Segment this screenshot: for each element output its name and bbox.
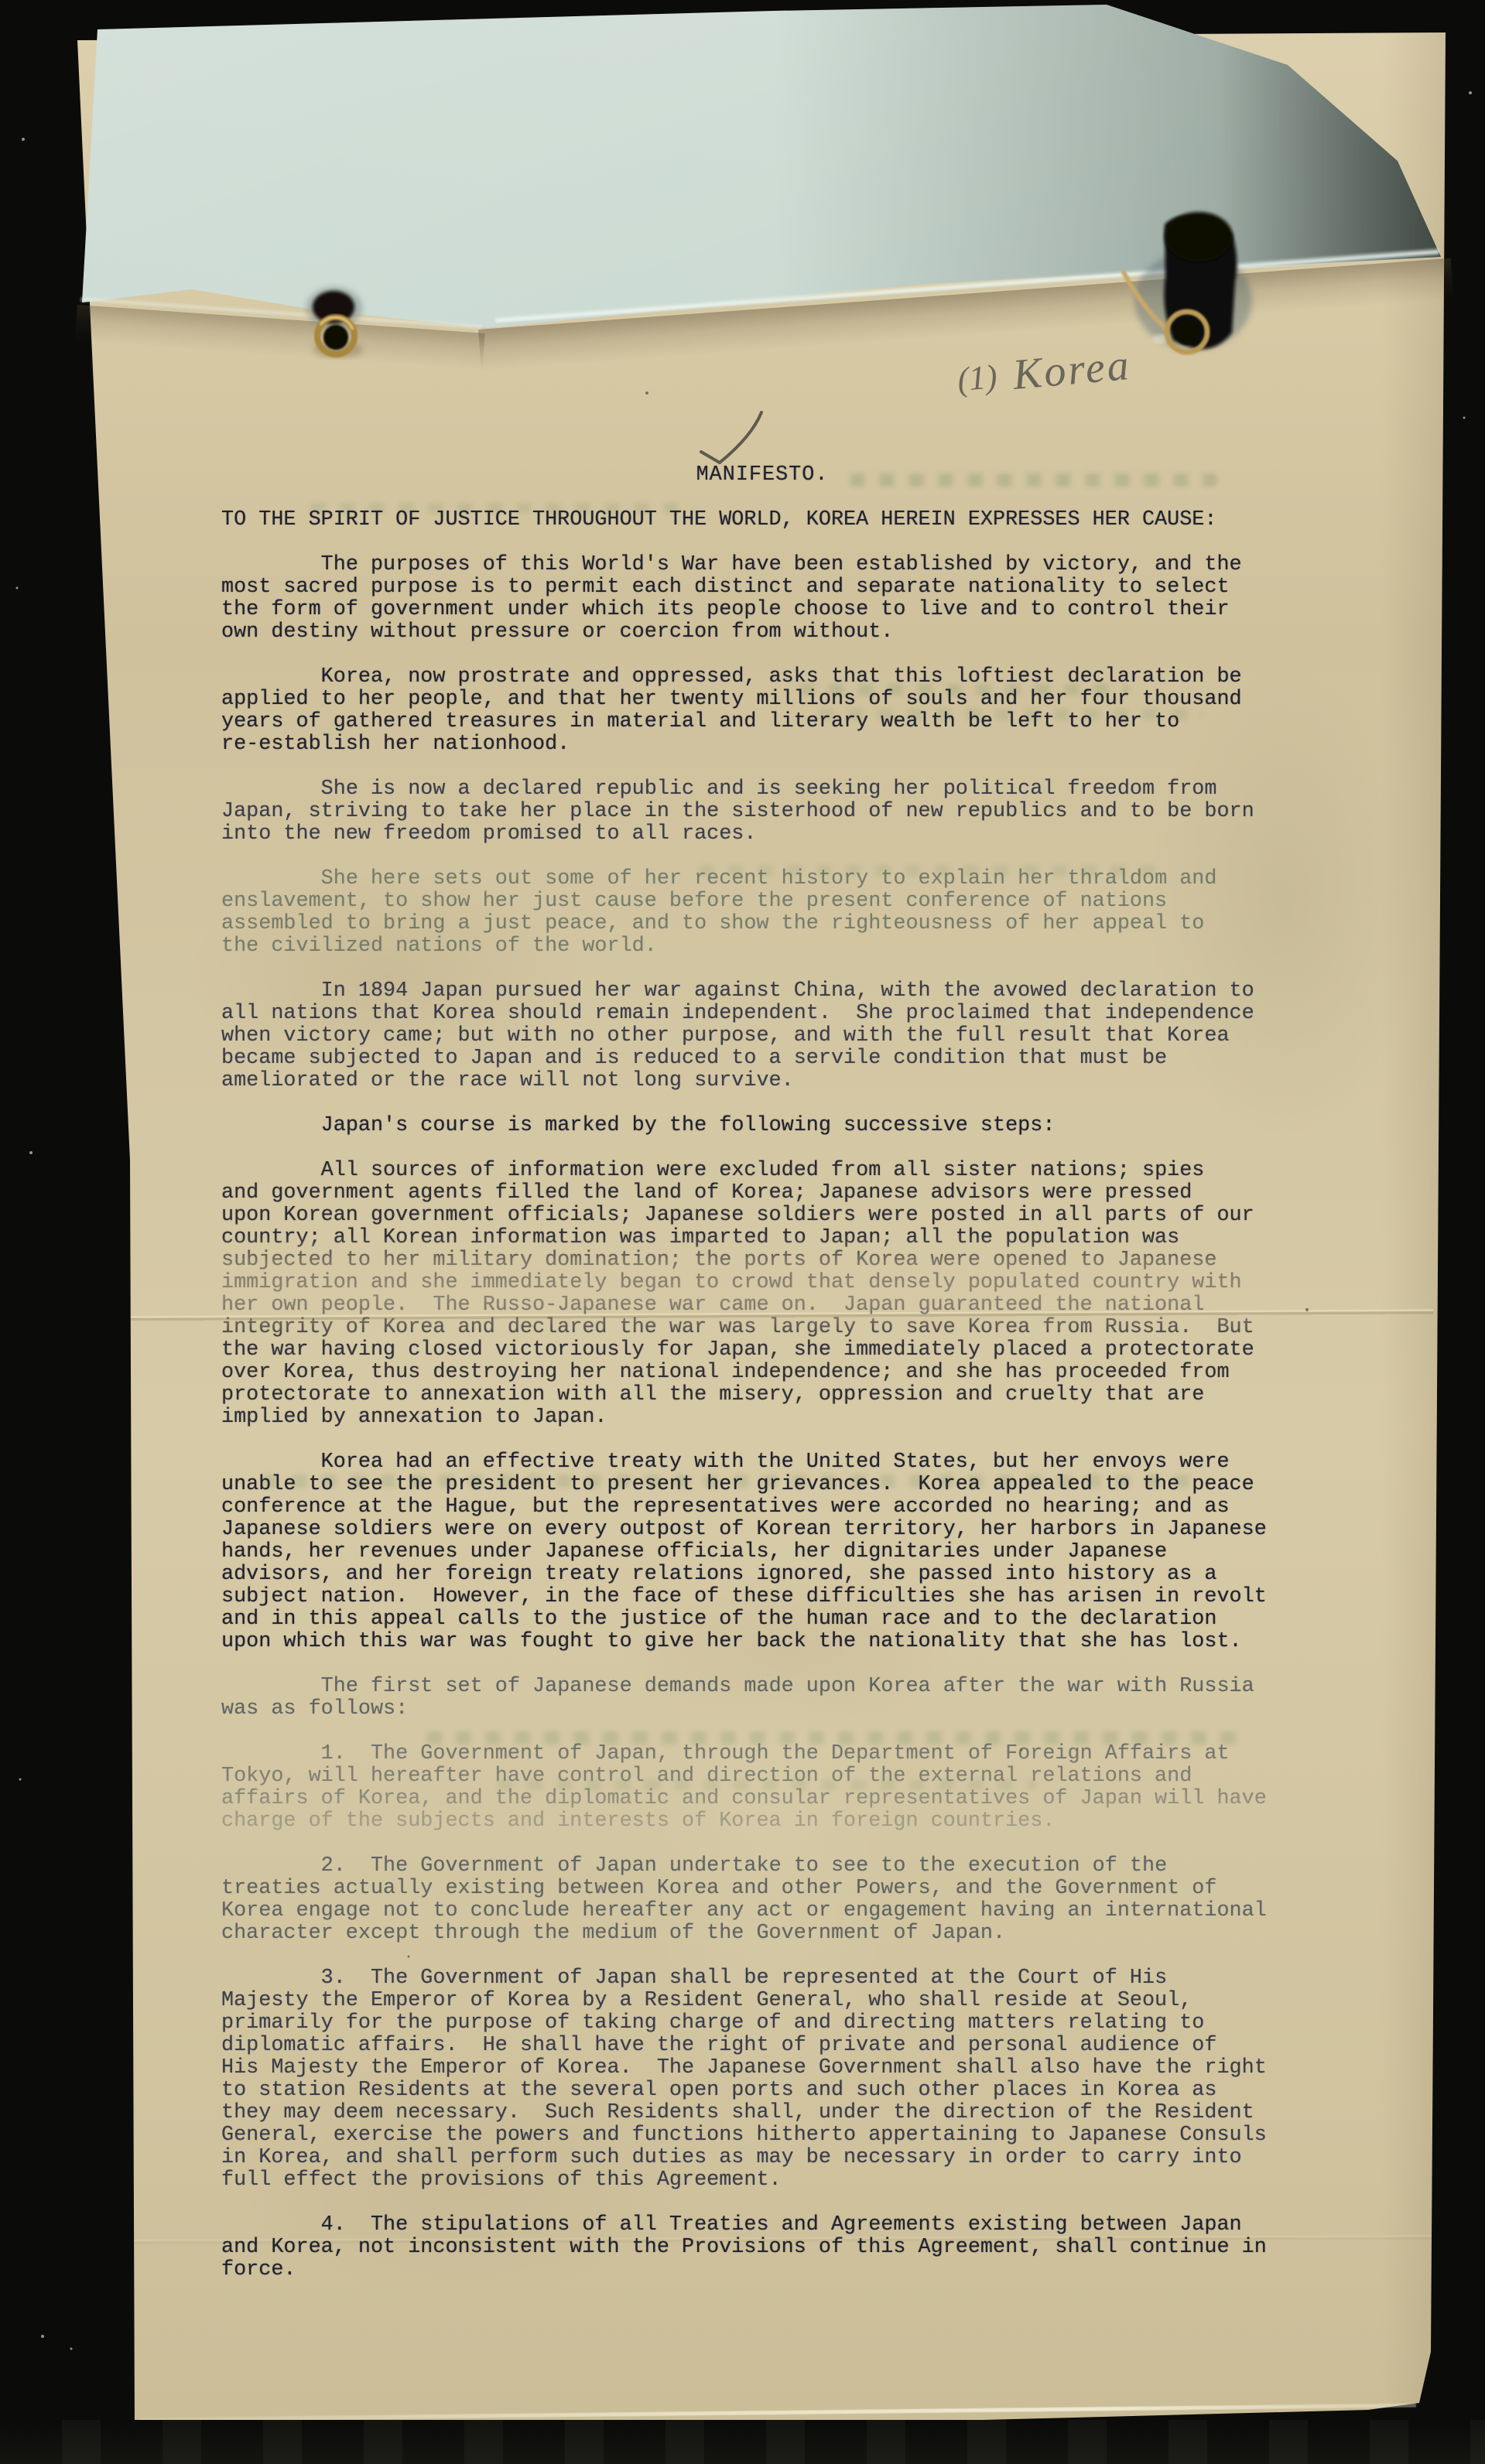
numbered-item-3: 3. The Government of Japan shall be repr… bbox=[221, 1967, 1303, 2192]
paragraph: In 1894 Japan pursued her war against Ch… bbox=[221, 980, 1303, 1092]
paragraph: She here sets out some of her recent his… bbox=[221, 868, 1303, 958]
scanner-background: MANIFESTO. TO THE SPIRIT OF JUSTICE THRO… bbox=[0, 0, 1485, 2464]
paragraph: The purposes of this World's War have be… bbox=[221, 554, 1303, 644]
numbered-item-4: 4. The stipulations of all Treaties and … bbox=[221, 2214, 1303, 2281]
paragraph: All sources of information were excluded… bbox=[221, 1160, 1303, 1429]
paragraph: The first set of Japanese demands made u… bbox=[221, 1676, 1303, 1721]
document-title: MANIFESTO. bbox=[221, 464, 1303, 487]
typed-text-block: MANIFESTO. TO THE SPIRIT OF JUSTICE THRO… bbox=[221, 464, 1303, 2304]
numbered-item-2: 2. The Government of Japan undertake to … bbox=[221, 1855, 1303, 1945]
salutation-line: TO THE SPIRIT OF JUSTICE THROUGHOUT THE … bbox=[221, 509, 1303, 531]
scanner-bed-streaks bbox=[0, 2420, 1485, 2464]
paragraph: She is now a declared republic and is se… bbox=[221, 778, 1303, 846]
paragraph: Korea, now prostrate and oppressed, asks… bbox=[221, 666, 1303, 756]
numbered-item-1: 1. The Government of Japan, through the … bbox=[221, 1743, 1303, 1833]
paragraph: Korea had an effective treaty with the U… bbox=[221, 1451, 1303, 1653]
paragraph: Japan's course is marked by the followin… bbox=[221, 1115, 1303, 1137]
